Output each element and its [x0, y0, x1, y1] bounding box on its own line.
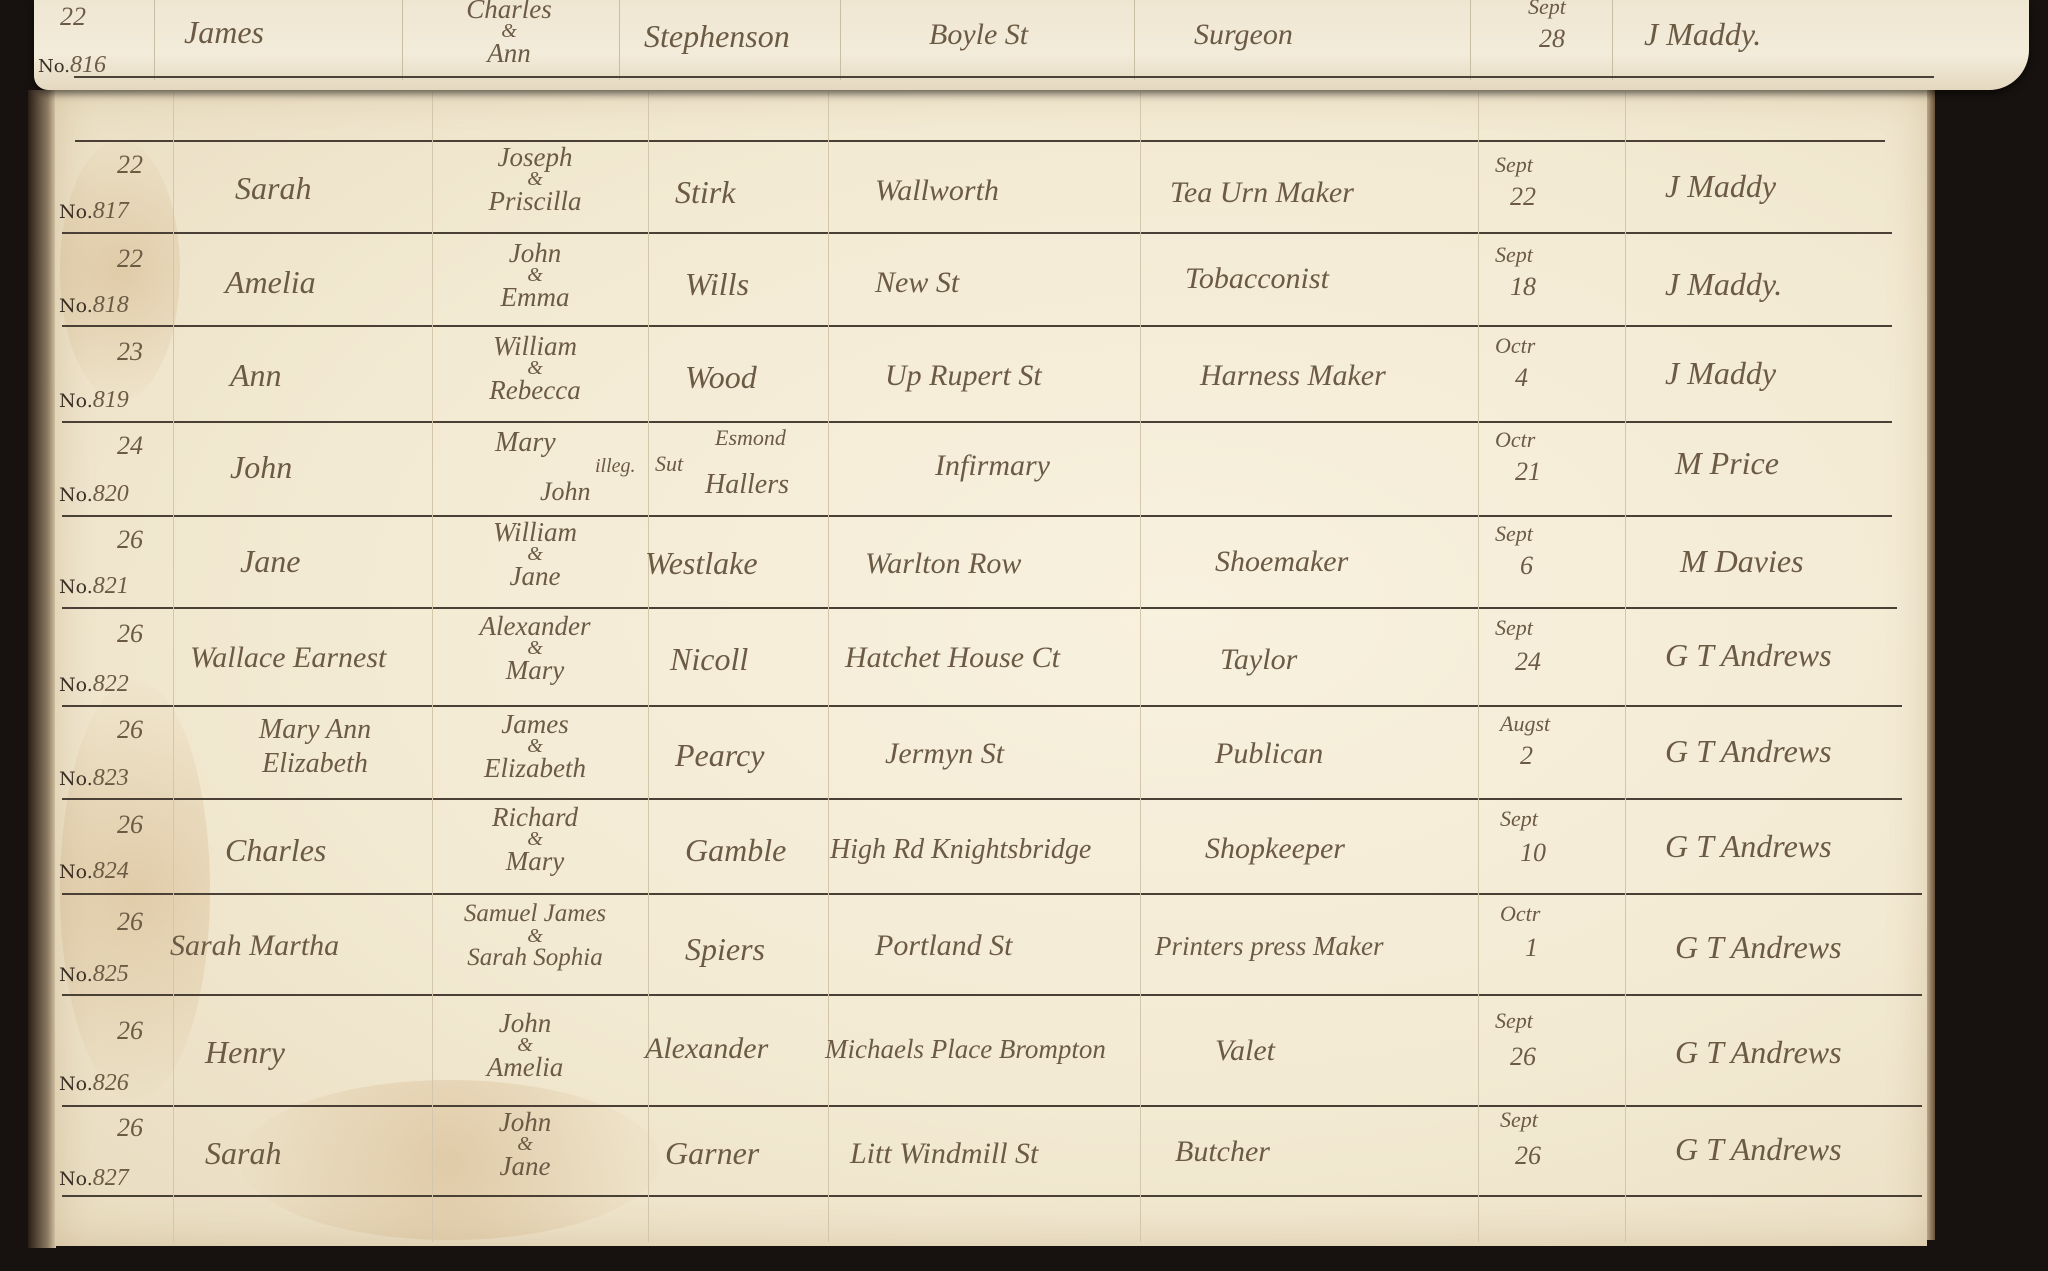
entry-number-label: No.827 — [59, 1165, 129, 1192]
parents-names: Joseph&Priscilla — [455, 142, 615, 216]
entry-day: 26 — [117, 619, 143, 649]
trade: Tea Urn Maker — [1170, 176, 1354, 210]
officiant-signature: J Maddy — [1665, 355, 1776, 392]
abode: Up Rupert St — [885, 359, 1042, 393]
trade: Taylor — [1220, 643, 1297, 677]
date-day: 28 — [1539, 24, 1565, 54]
parents-names: John&Jane — [445, 1107, 605, 1181]
parents-names: Charles & Ann — [449, 0, 569, 68]
officiant-signature: G T Andrews — [1665, 637, 1832, 674]
register-entry: No.826 26 Henry John&Amelia Alexander Mi… — [55, 994, 1927, 1105]
entry-number-label: No.816 — [38, 52, 106, 79]
abode: Wallworth — [875, 174, 999, 208]
entry-day: 22 — [60, 2, 86, 32]
officiant-signature: G T Andrews — [1675, 1131, 1842, 1168]
entry-day: 26 — [117, 525, 143, 555]
abode: Litt Windmill St — [850, 1137, 1038, 1171]
child-name: Charles — [225, 832, 326, 869]
surname: Westlake — [645, 545, 758, 582]
entry-day: 23 — [117, 337, 143, 367]
entry-number-label: No.822 — [59, 671, 129, 698]
date-day: 24 — [1515, 647, 1541, 677]
child-name: John — [230, 449, 292, 486]
date-month: Octr — [1495, 427, 1535, 453]
register-entry: No.821 26 Jane William&Jane Westlake War… — [55, 515, 1927, 607]
row-rule — [62, 1195, 1922, 1197]
date-day: 26 — [1515, 1141, 1541, 1171]
register-entry: No.825 26 Sarah Martha Samuel James&Sara… — [55, 893, 1927, 994]
child-name: Sarah — [235, 170, 311, 207]
entry-number-label: No.825 — [59, 961, 129, 988]
date-day: 10 — [1520, 838, 1546, 868]
parents-names: James&Elizabeth — [455, 709, 615, 783]
officiant-signature: J Maddy — [1665, 168, 1776, 205]
parents-names: William&Rebecca — [455, 331, 615, 405]
surname-line1: Esmond — [715, 425, 786, 451]
date-day: 1 — [1525, 933, 1538, 963]
trade: Shoemaker — [1215, 545, 1348, 579]
date-day: 26 — [1510, 1042, 1536, 1072]
entry-number-label: No.820 — [59, 481, 129, 508]
surname: Wills — [685, 266, 749, 303]
entry-day: 22 — [117, 244, 143, 274]
trade: Shopkeeper — [1205, 832, 1345, 866]
child-name: Ann — [230, 357, 282, 394]
entry-number-label: No.824 — [59, 858, 129, 885]
abode: Infirmary — [935, 449, 1050, 483]
entry-number-label: No.821 — [59, 573, 129, 600]
register-entry: No.817 22 Sarah Joseph&Priscilla Stirk W… — [55, 140, 1927, 232]
officiant-signature: G T Andrews — [1675, 1034, 1842, 1071]
date-month: Sept — [1495, 615, 1533, 641]
date-day: 4 — [1515, 363, 1528, 393]
abode: Jermyn St — [885, 737, 1004, 771]
date-month: Sept — [1495, 242, 1533, 268]
trade: Tobacconist — [1185, 262, 1329, 296]
abode: Portland St — [875, 929, 1013, 963]
page-stack-edge — [1927, 90, 1935, 1240]
date-month: Augst — [1500, 711, 1550, 737]
abode: Boyle St — [929, 18, 1028, 52]
parents-names: John&Emma — [465, 238, 605, 312]
entry-number-label: No.823 — [59, 765, 129, 792]
date-day: 21 — [1515, 457, 1541, 487]
child-name: Wallace Earnest — [190, 641, 386, 675]
date-month: Sept — [1495, 152, 1533, 178]
officiant-signature: J Maddy. — [1665, 266, 1782, 303]
parent-second-name: John — [540, 477, 591, 507]
register-entry: No.822 26 Wallace Earnest Alexander&Mary… — [55, 607, 1927, 705]
date-day: 22 — [1510, 182, 1536, 212]
child-name: James — [184, 14, 264, 51]
date-month: Sept — [1495, 521, 1533, 547]
register-entry: No.819 23 Ann William&Rebecca Wood Up Ru… — [55, 325, 1927, 421]
register-entry: No.823 26 Mary Ann Elizabeth James&Eliza… — [55, 705, 1927, 798]
trade: Publican — [1215, 737, 1323, 771]
register-entry: No.827 26 Sarah John&Jane Garner Litt Wi… — [55, 1105, 1927, 1195]
abode: Hatchet House Ct — [845, 641, 1060, 675]
date-month: Sept — [1528, 0, 1566, 20]
date-month: Sept — [1495, 1008, 1533, 1034]
surname: Nicoll — [670, 641, 748, 678]
surname: Stephenson — [644, 18, 790, 55]
trade: Printers press Maker — [1155, 931, 1383, 962]
date-month: Octr — [1495, 333, 1535, 359]
surname: Garner — [665, 1135, 759, 1172]
trade: Valet — [1215, 1034, 1275, 1068]
register-entry: No.824 26 Charles Richard&Mary Gamble Hi… — [55, 798, 1927, 893]
entry-day: 26 — [117, 1016, 143, 1046]
surname: Hallers — [705, 469, 789, 501]
entry-number-label: No.819 — [59, 387, 129, 414]
parents-names: Samuel James&Sarah Sophia — [425, 899, 645, 973]
officiant-signature: G T Andrews — [1665, 733, 1832, 770]
trade: Harness Maker — [1200, 359, 1386, 393]
entry-number-label: No.817 — [59, 198, 129, 225]
officiant-signature: M Price — [1675, 445, 1779, 482]
officiant-signature: G T Andrews — [1675, 929, 1842, 966]
surname: Pearcy — [675, 737, 764, 774]
surname: Stirk — [675, 174, 735, 211]
parents-names: Alexander&Mary — [445, 611, 625, 685]
entry-day: 26 — [117, 810, 143, 840]
entry-day: 24 — [117, 431, 143, 461]
child-name: Jane — [240, 543, 300, 580]
child-name: Sarah Martha — [170, 929, 339, 963]
officiant-signature: G T Andrews — [1665, 828, 1832, 865]
register-entry: No.820 24 John Mary illeg. John Esmond S… — [55, 421, 1927, 515]
entry-day: 26 — [117, 907, 143, 937]
entry-number-label: No.826 — [59, 1070, 129, 1097]
surname: Spiers — [685, 931, 765, 968]
abode: Michaels Place Brompton — [825, 1034, 1106, 1065]
surname-prefix: Sut — [655, 451, 683, 477]
entry-number-label: No.818 — [59, 292, 129, 319]
abode: Warlton Row — [865, 547, 1021, 581]
previous-page-curl: No.816 22 James Charles & Ann Stephenson… — [34, 0, 2029, 90]
date-day: 18 — [1510, 272, 1536, 302]
abode: High Rd Knightsbridge — [830, 834, 1091, 866]
child-name: Amelia — [225, 264, 316, 301]
illegitimate-note: illeg. — [595, 455, 636, 478]
parents-names: John&Amelia — [445, 1008, 605, 1082]
date-day: 2 — [1520, 741, 1533, 771]
date-day: 6 — [1520, 551, 1533, 581]
child-name: Sarah — [205, 1135, 281, 1172]
register-entry: No.818 22 Amelia John&Emma Wills New St … — [55, 232, 1927, 325]
child-name: Mary Ann Elizabeth — [205, 713, 425, 781]
surname: Gamble — [685, 832, 786, 869]
entry-day: 26 — [117, 1113, 143, 1143]
date-month: Sept — [1500, 1107, 1538, 1133]
entry-day: 22 — [117, 150, 143, 180]
surname: Alexander — [645, 1032, 768, 1066]
parents-names: William&Jane — [455, 517, 615, 591]
book-spine-edge — [28, 90, 56, 1248]
date-month: Octr — [1500, 901, 1540, 927]
trade: Surgeon — [1194, 18, 1293, 52]
officiant-signature: J Maddy. — [1644, 16, 1761, 53]
surname: Wood — [685, 359, 757, 396]
parents-names: Richard&Mary — [455, 802, 615, 876]
trade: Butcher — [1175, 1135, 1270, 1169]
date-month: Sept — [1500, 806, 1538, 832]
entry-day: 26 — [117, 715, 143, 745]
child-name: Henry — [205, 1034, 285, 1071]
officiant-signature: M Davies — [1680, 543, 1804, 580]
abode: New St — [875, 266, 959, 300]
parent-mother-name: Mary — [495, 427, 556, 459]
